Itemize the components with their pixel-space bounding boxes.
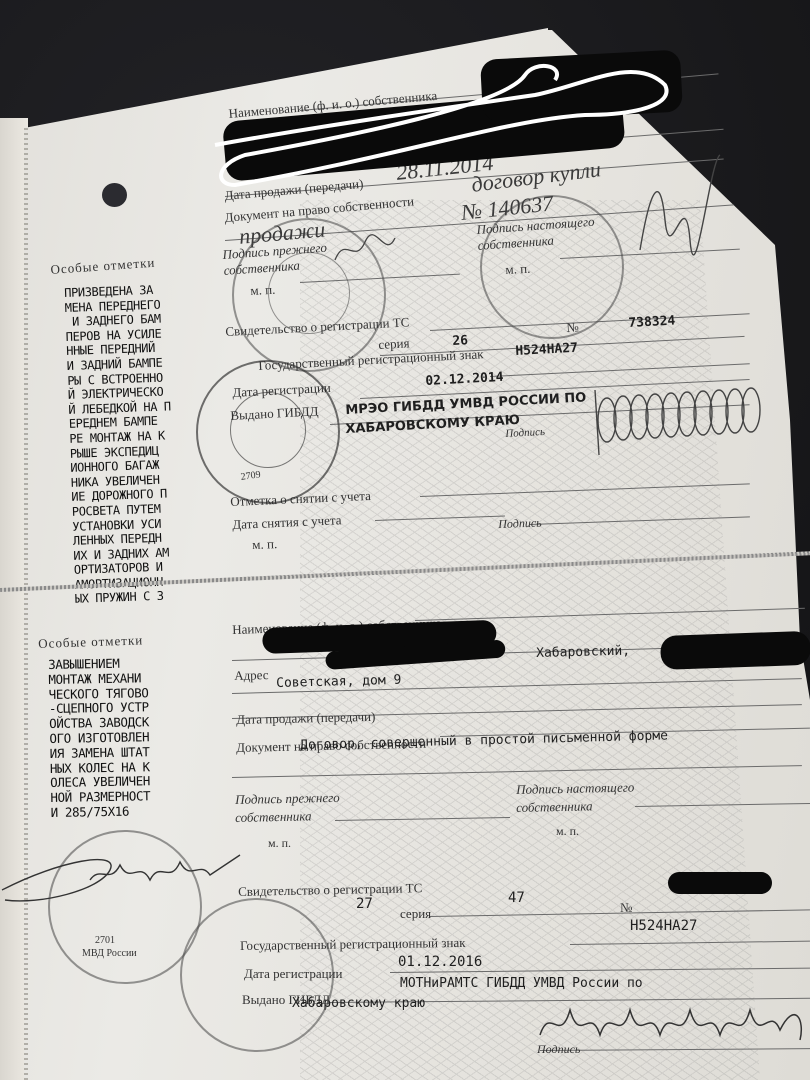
reg-cert-number-label-2: № xyxy=(620,900,632,916)
stamp-place-label-4: м. п. xyxy=(556,824,579,839)
deregistration-stamp-label: м. п. xyxy=(252,536,277,553)
special-marks-text: ПРИЗВЕДЕНА ЗА МЕНА ПЕРЕДНЕГО И ЗАДНЕГО Б… xyxy=(64,282,178,606)
gibdd-stamp-2 xyxy=(180,898,334,1052)
page-spine-perforation xyxy=(24,128,28,1080)
redaction-scribble-icon xyxy=(205,45,685,195)
redacted-address-2 xyxy=(660,631,810,670)
seller-stamp-2-org: МВД России xyxy=(82,948,137,959)
reg-cert-series-label-2: серия xyxy=(400,906,431,922)
address-value-1: Хабаровский, xyxy=(536,644,630,661)
gibdd-stamp-inner xyxy=(230,392,306,468)
curr-owner-signature-label-2a: Подпись настоящего xyxy=(516,780,634,798)
prev-owner-signature-label-2b: собственника xyxy=(235,808,312,826)
prev-owner-signature-icon xyxy=(330,230,400,270)
reg-cert-series-value-2: 47 xyxy=(508,890,525,906)
prev-owner-signature-icon-2 xyxy=(0,840,260,920)
plate-value-2: Н524НА27 xyxy=(630,918,697,934)
address-label: Адрес xyxy=(234,667,269,684)
issued-by-value-2a: МОТНиРАМТС ГИБДД УМВД России по xyxy=(400,976,643,991)
prev-owner-signature-label-2a: Подпись прежнего xyxy=(235,790,340,808)
redacted-cert-number xyxy=(668,872,772,894)
seller-stamp-2-code: 2701 xyxy=(95,935,115,946)
special-marks-text-2: ЗАВЫШЕНИЕМ МОНТАЖ МЕХАНИ ЧЕСКОГО ТЯГОВО … xyxy=(48,656,151,820)
reg-date-value-2: 01.12.2016 xyxy=(398,954,482,970)
reg-cert-number-value: 738324 xyxy=(628,314,676,331)
curr-owner-signature-label-2b: собственника xyxy=(516,798,593,816)
punch-hole xyxy=(102,183,127,207)
stamp-place-label-3: м. п. xyxy=(268,836,291,851)
signature-label: Подпись xyxy=(505,426,545,440)
deregistration-signature-label: Подпись xyxy=(498,515,542,532)
officer-signature-icon-2 xyxy=(530,990,810,1050)
officer-signature-icon xyxy=(585,380,775,460)
buyer-stamp xyxy=(480,195,624,339)
sale-date-label-2: Дата продажи (передачи) xyxy=(236,709,375,728)
reg-cert-series-prefix-2: 27 xyxy=(356,896,373,912)
